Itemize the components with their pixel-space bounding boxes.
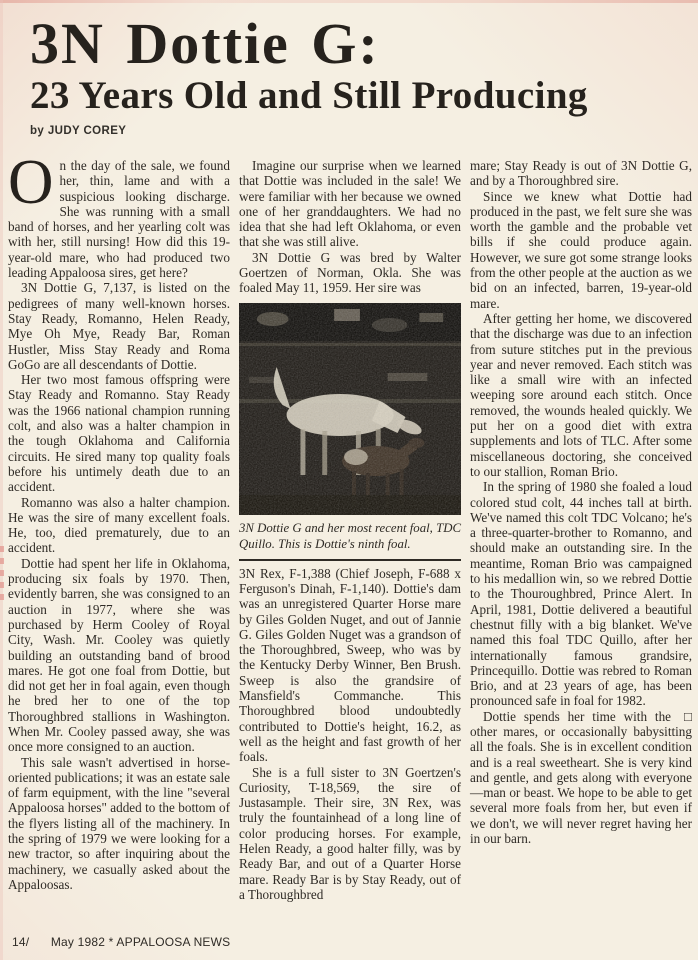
photo-figure: 3N Dottie G and her most recent foal, TD… (239, 303, 461, 561)
paragraph: Romanno was also a halter champion. He w… (8, 495, 230, 556)
column-1: On the day of the sale, we found her, th… (8, 158, 230, 902)
paragraph: 3N Dottie G, 7,137, is listed on the ped… (8, 280, 230, 372)
issue-label: May 1982 * APPALOOSA NEWS (51, 935, 231, 949)
scan-pink-marks (0, 546, 4, 602)
page-footer: 14/ May 1982 * APPALOOSA NEWS (12, 935, 230, 949)
byline: by JUDY COREY (30, 125, 678, 137)
column-3: mare; Stay Ready is out of 3N Dottie G, … (470, 158, 692, 902)
caption-divider (239, 559, 461, 561)
paragraph-text: Dottie spends her time with the other ma… (470, 709, 692, 846)
mare-and-foal-photo (239, 303, 461, 515)
article-title-line1: 3N Dottie G: (30, 14, 678, 73)
column-2: Imagine our surprise when we learned tha… (239, 158, 461, 902)
paragraph: 3N Rex, F-1,388 (Chief Joseph, F-688 x F… (239, 566, 461, 765)
page-number: 14/ (12, 935, 29, 949)
drop-cap: O (8, 158, 60, 205)
paragraph: After getting her home, we discovered th… (470, 311, 692, 479)
scan-edge-top (0, 0, 698, 3)
paragraph: Her two most famous offspring were Stay … (8, 372, 230, 494)
paragraph: Since we knew what Dottie had produced i… (470, 189, 692, 311)
article-title-line2: 23 Years Old and Still Producing (30, 76, 678, 116)
paragraph: She is a full sister to 3N Goertzen's Cu… (239, 765, 461, 903)
paragraph: Dottie had spent her life in Oklahoma, p… (8, 556, 230, 755)
paragraph: This sale wasn't advertised in horse-ori… (8, 755, 230, 893)
paragraph: 3N Dottie G was bred by Walter Goertzen … (239, 250, 461, 296)
article-header: 3N Dottie G: 23 Years Old and Still Prod… (30, 14, 678, 137)
end-of-article-mark: □ (671, 709, 692, 724)
paragraph: mare; Stay Ready is out of 3N Dottie G, … (470, 158, 692, 189)
magazine-page: 3N Dottie G: 23 Years Old and Still Prod… (0, 0, 698, 960)
scan-edge-left (0, 0, 3, 960)
photo-caption: 3N Dottie G and her most recent foal, TD… (239, 520, 461, 552)
paragraph: □Dottie spends her time with the other m… (470, 709, 692, 847)
paragraph: Imagine our surprise when we learned tha… (239, 158, 461, 250)
paragraph: On the day of the sale, we found her, th… (8, 158, 230, 280)
article-body: On the day of the sale, we found her, th… (8, 158, 692, 902)
paragraph: In the spring of 1980 she foaled a loud … (470, 479, 692, 708)
